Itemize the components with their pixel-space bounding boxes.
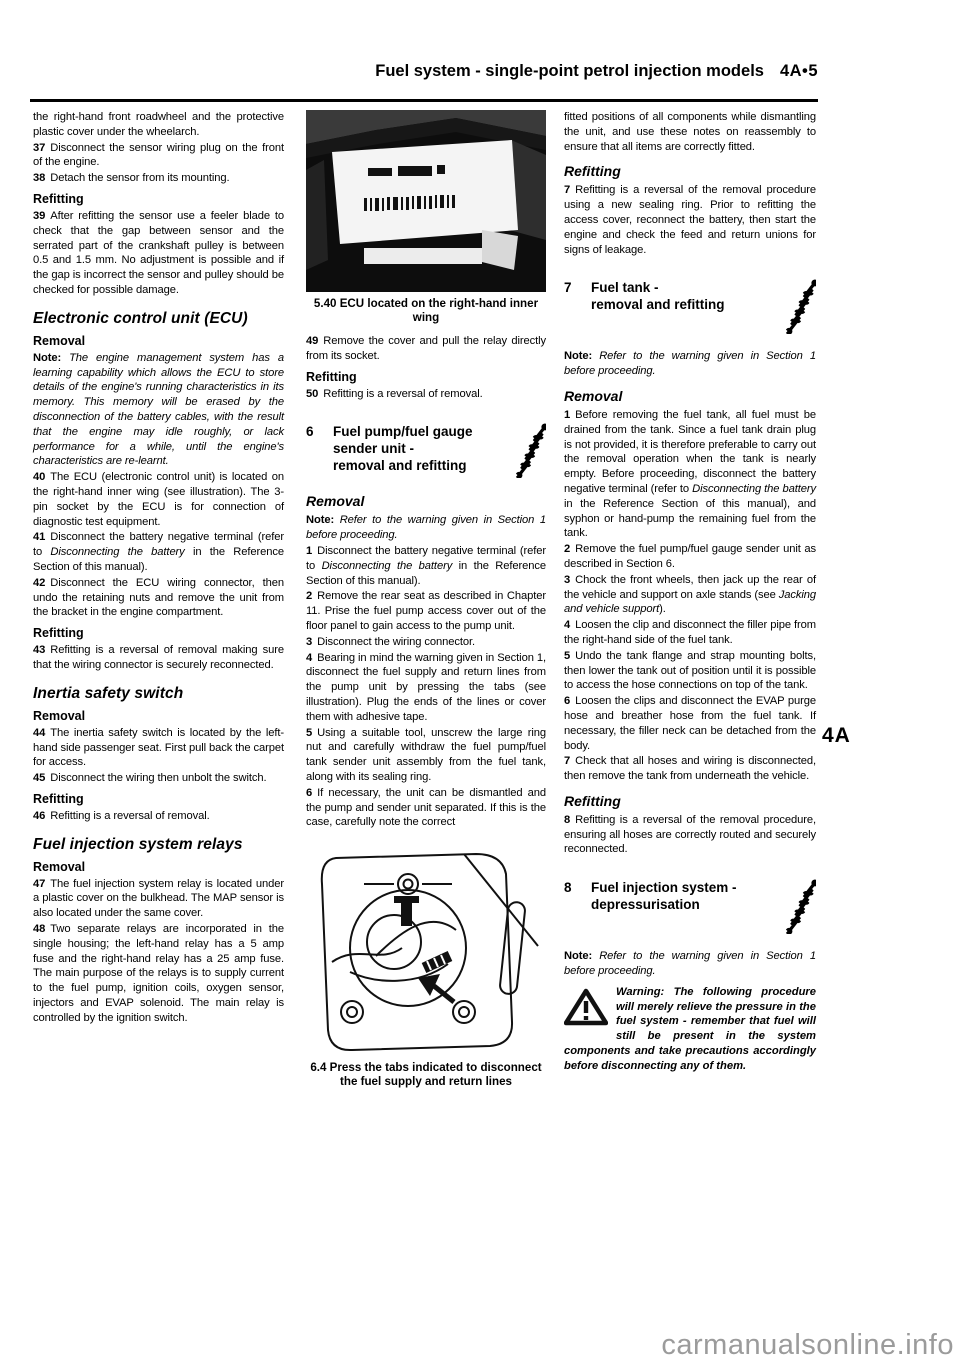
paragraph: 5Undo the tank flange and strap mounting… bbox=[564, 649, 816, 693]
section-number: 6 bbox=[306, 423, 333, 440]
paragraph: 3Chock the front wheels, then jack up th… bbox=[564, 573, 816, 617]
figure-ecu-photo bbox=[306, 110, 546, 292]
column-right: fitted positions of all components while… bbox=[564, 110, 816, 1074]
paragraph: 48Two separate relays are incorporated i… bbox=[33, 922, 284, 1026]
paragraph-number: 42 bbox=[33, 577, 50, 589]
section-title: Fuel pump/fuel gaugesender unit -removal… bbox=[333, 423, 510, 474]
manual-page: { "page": { "header": { "title": "Fuel s… bbox=[0, 0, 960, 1362]
paragraph-number: 3 bbox=[306, 636, 317, 648]
paragraph: 1Disconnect the battery negative termina… bbox=[306, 544, 546, 588]
note-text: The engine management system has a learn… bbox=[33, 352, 284, 468]
topic-heading: Electronic control unit (ECU) bbox=[33, 310, 284, 328]
section-heading-box: 6Fuel pump/fuel gaugesender unit -remova… bbox=[306, 423, 546, 483]
section-title: Fuel injection system -depressurisation bbox=[591, 879, 780, 913]
section-heading-box: 8Fuel injection system -depressurisation bbox=[564, 879, 816, 939]
paragraph: 1Before removing the fuel tank, all fuel… bbox=[564, 408, 816, 541]
section-title: Fuel tank -removal and refitting bbox=[591, 279, 780, 313]
warning-box: Warning: The following procedure will me… bbox=[564, 985, 816, 1074]
paragraph-number: 49 bbox=[306, 335, 323, 347]
paragraph-number: 1 bbox=[306, 545, 317, 557]
sub-heading: Removal bbox=[33, 709, 284, 724]
paragraph-number: 37 bbox=[33, 142, 50, 154]
paragraph: 43Refitting is a reversal of removal mak… bbox=[33, 643, 284, 673]
chapter-tab: 4A bbox=[822, 724, 851, 748]
paragraph-number: 4 bbox=[306, 652, 317, 664]
paragraph-number: 5 bbox=[564, 650, 575, 662]
note-label: Note: bbox=[564, 350, 599, 362]
paragraph-number: 41 bbox=[33, 531, 50, 543]
sub-heading: Refitting bbox=[33, 792, 284, 807]
sub-heading-italic: Removal bbox=[564, 388, 816, 405]
column-left: the right-hand front roadwheel and the p… bbox=[33, 110, 284, 1027]
paragraph-number: 6 bbox=[564, 695, 575, 707]
section-heading-box: 7Fuel tank -removal and refitting bbox=[564, 279, 816, 339]
sub-heading-italic: Removal bbox=[306, 493, 546, 510]
paragraph: 46Refitting is a reversal of removal. bbox=[33, 809, 284, 824]
paragraph: 42Disconnect the ECU wiring connector, t… bbox=[33, 576, 284, 620]
paragraph-number: 1 bbox=[564, 409, 575, 421]
paragraph: 4Bearing in mind the warning given in Se… bbox=[306, 651, 546, 725]
topic-heading: Inertia safety switch bbox=[33, 685, 284, 703]
paragraph: 2Remove the rear seat as described in Ch… bbox=[306, 589, 546, 633]
note-text: Refer to the warning given in Section 1 … bbox=[564, 350, 816, 377]
note-text: Refer to the warning given in Section 1 … bbox=[306, 514, 546, 541]
paragraph-number: 43 bbox=[33, 644, 50, 656]
section-title-line: removal and refitting bbox=[591, 296, 780, 313]
note: Note: Refer to the warning given in Sect… bbox=[564, 949, 816, 979]
note-label: Note: bbox=[564, 950, 599, 962]
note: Note: Refer to the warning given in Sect… bbox=[564, 349, 816, 379]
paragraph: the right-hand front roadwheel and the p… bbox=[33, 110, 284, 140]
paragraph: 4Loosen the clip and disconnect the fill… bbox=[564, 618, 816, 648]
spanner-rating-icon bbox=[786, 277, 816, 339]
paragraph: 3Disconnect the wiring connector. bbox=[306, 635, 546, 650]
paragraph-number: 50 bbox=[306, 388, 323, 400]
paragraph: 6Loosen the clips and disconnect the EVA… bbox=[564, 694, 816, 753]
paragraph-number: 7 bbox=[564, 184, 575, 196]
paragraph: 7Refitting is a reversal of the removal … bbox=[564, 183, 816, 257]
paragraph-number: 39 bbox=[33, 210, 50, 222]
note-text: Refer to the warning given in Section 1 … bbox=[564, 950, 816, 977]
paragraph-number: 6 bbox=[306, 787, 317, 799]
paragraph: 6If necessary, the unit can be dismantle… bbox=[306, 786, 546, 830]
spanner-rating-icon bbox=[786, 877, 816, 939]
section-title-line: Fuel injection system - bbox=[591, 879, 780, 896]
paragraph: 44The inertia safety switch is located b… bbox=[33, 726, 284, 770]
paragraph: 47The fuel injection system relay is loc… bbox=[33, 877, 284, 921]
section-title-line: removal and refitting bbox=[333, 457, 510, 474]
paragraph-number: 46 bbox=[33, 810, 50, 822]
paragraph-number: 8 bbox=[564, 814, 575, 826]
note-label: Note: bbox=[306, 514, 340, 526]
paragraph: 8Refitting is a reversal of the removal … bbox=[564, 813, 816, 857]
sub-heading: Refitting bbox=[33, 192, 284, 207]
paragraph: 5Using a suitable tool, unscrew the larg… bbox=[306, 726, 546, 785]
spanner-rating-icon bbox=[516, 421, 546, 483]
figure-caption: 5.40 ECU located on the right-hand inner… bbox=[306, 297, 546, 325]
paragraph-number: 38 bbox=[33, 172, 50, 184]
figure-caption: 6.4 Press the tabs indicated to disconne… bbox=[306, 1061, 546, 1089]
header-rule bbox=[30, 99, 818, 102]
topic-heading: Fuel injection system relays bbox=[33, 836, 284, 854]
paragraph: 39After refitting the sensor use a feele… bbox=[33, 209, 284, 298]
paragraph-number: 7 bbox=[564, 755, 575, 767]
note-label: Note: bbox=[33, 352, 69, 364]
paragraph: 50Refitting is a reversal of removal. bbox=[306, 387, 546, 402]
paragraph-number: 40 bbox=[33, 471, 50, 483]
paragraph: 49Remove the cover and pull the relay di… bbox=[306, 334, 546, 364]
note: Note: Refer to the warning given in Sect… bbox=[306, 513, 546, 543]
section-title-line: Fuel pump/fuel gauge bbox=[333, 423, 510, 440]
paragraph-number: 2 bbox=[564, 543, 575, 555]
sub-heading-italic: Refitting bbox=[564, 163, 816, 180]
paragraph-number: 47 bbox=[33, 878, 50, 890]
paragraph: 2Remove the fuel pump/fuel gauge sender … bbox=[564, 542, 816, 572]
section-title-line: Fuel tank - bbox=[591, 279, 780, 296]
paragraph-number: 5 bbox=[306, 727, 317, 739]
paragraph: 37Disconnect the sensor wiring plug on t… bbox=[33, 141, 284, 171]
paragraph-number: 44 bbox=[33, 727, 50, 739]
sub-heading: Refitting bbox=[306, 370, 546, 385]
note: Note: The engine management system has a… bbox=[33, 351, 284, 469]
watermark: carmanualsonline.info bbox=[661, 1329, 954, 1362]
sub-heading: Removal bbox=[33, 860, 284, 875]
paragraph: 41Disconnect the battery negative termin… bbox=[33, 530, 284, 574]
section-title-line: sender unit - bbox=[333, 440, 510, 457]
paragraph: 45Disconnect the wiring then unbolt the … bbox=[33, 771, 284, 786]
column-middle: 5.40 ECU located on the right-hand inner… bbox=[306, 110, 546, 1098]
sub-heading-italic: Refitting bbox=[564, 793, 816, 810]
page-title: Fuel system - single-point petrol inject… bbox=[375, 62, 764, 80]
paragraph: 38Detach the sensor from its mounting. bbox=[33, 171, 284, 186]
page-number: 4A•5 bbox=[780, 62, 818, 80]
paragraph-number: 48 bbox=[33, 923, 50, 935]
paragraph-number: 3 bbox=[564, 574, 575, 586]
figure-fuel-pump-drawing bbox=[306, 844, 546, 1056]
paragraph-number: 2 bbox=[306, 590, 317, 602]
paragraph-number: 4 bbox=[564, 619, 575, 631]
section-number: 7 bbox=[564, 279, 591, 296]
paragraph: 7Check that all hoses and wiring is disc… bbox=[564, 754, 816, 784]
paragraph-number: 45 bbox=[33, 772, 50, 784]
section-title-line: depressurisation bbox=[591, 896, 780, 913]
page-header: Fuel system - single-point petrol inject… bbox=[375, 62, 818, 81]
sub-heading: Refitting bbox=[33, 626, 284, 641]
paragraph: 40The ECU (electronic control unit) is l… bbox=[33, 470, 284, 529]
warning-triangle-icon bbox=[564, 988, 608, 1031]
paragraph: fitted positions of all components while… bbox=[564, 110, 816, 154]
section-number: 8 bbox=[564, 879, 591, 896]
sub-heading: Removal bbox=[33, 334, 284, 349]
